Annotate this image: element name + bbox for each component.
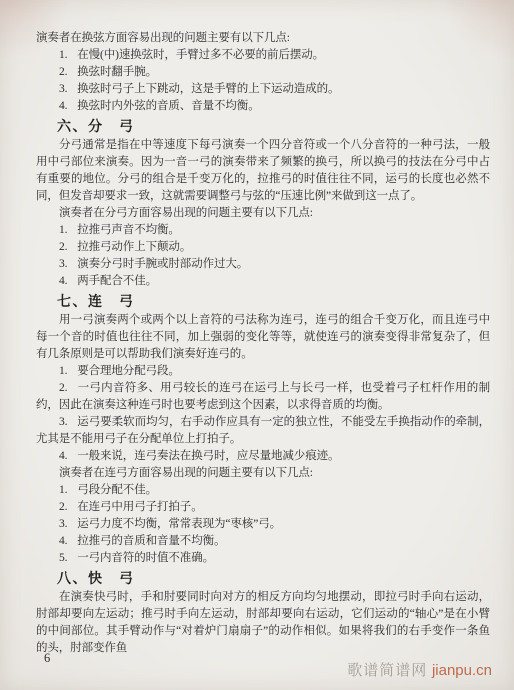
paragraph: 在演奏快弓时，手和肘要同时向对方的相反方向均匀地摆动，即拉弓时手向右运动，肘部却… (36, 589, 490, 657)
list-item-text: 运弓要柔软而均匀，右手动作应具有一定的独立性，不能受左手换指动作的牵制，尤其是不… (36, 416, 490, 445)
list-item: 3.运弓力度不均衡，常常表现为“枣核”弓。 (36, 516, 490, 533)
list-item-text: 两手配合不佳。 (77, 275, 157, 287)
list-item: 4.两手配合不佳。 (36, 273, 490, 290)
list-item-text: 一弓内音符多、用弓较长的连弓在运弓上与长弓一样，也受着弓子杠杆作用的制约，因此在… (36, 382, 490, 411)
section-heading-lian-gong: 七、连 弓 (57, 294, 490, 311)
list-item-text: 换弦时弓子上下跳动，这是手臂的上下运动造成的。 (77, 83, 339, 95)
list-item-number: 2. (59, 382, 67, 394)
page-number: 6 (44, 651, 50, 666)
watermark-site-url: jianpu.cn (432, 662, 492, 679)
list-item-number: 2. (59, 66, 67, 78)
list-item-number: 4. (59, 100, 67, 112)
section-heading-fen-gong: 六、分 弓 (57, 119, 490, 136)
list-item-text: 一般来说，连弓奏法在换弓时，应尽量地减少痕迹。 (77, 450, 339, 462)
list-item-number: 1. (59, 365, 67, 377)
list-item-text: 换弦时翻手腕。 (77, 66, 157, 78)
list-item-text: 换弦时内外弦的音质、音量不均衡。 (77, 100, 259, 112)
list-item-text: 拉推弓动作上下颠动。 (77, 241, 191, 253)
list-item: 1.弓段分配不佳。 (36, 482, 490, 499)
list-item: 2.换弦时翻手腕。 (36, 64, 490, 81)
list-item-number: 2. (59, 501, 67, 513)
list-item-number: 4. (59, 535, 67, 547)
list-item-text: 在连弓中用弓子打拍子。 (77, 501, 202, 513)
list-item: 4.拉推弓的音质和音量不均衡。 (36, 533, 490, 550)
list-item: 1.在慢(中)速换弦时，手臂过多不必要的前后摆动。 (36, 47, 490, 64)
watermark-site-name: 歌谱简谱网 (347, 663, 427, 679)
list-item: 3.运弓要柔软而均匀，右手动作应具有一定的独立性，不能受左手换指动作的牵制，尤其… (36, 414, 490, 448)
list-item-number: 3. (59, 518, 67, 530)
list-item: 3.演奏分弓时手腕或肘部动作过大。 (36, 256, 490, 273)
watermark: 歌谱简谱网 jianpu.cn (347, 659, 492, 680)
list-item-text: 要合理地分配弓段。 (77, 365, 180, 377)
list-item: 2.一弓内音符多、用弓较长的连弓在运弓上与长弓一样，也受着弓子杠杆作用的制约，因… (36, 380, 490, 414)
list-item-number: 3. (59, 416, 67, 428)
list-item-number: 3. (59, 83, 67, 95)
list-item-text: 拉推弓声音不均衡。 (77, 224, 180, 236)
list-item: 5.一弓内音符的时值不准确。 (36, 550, 490, 567)
list-item: 1.拉推弓声音不均衡。 (36, 222, 490, 239)
list-item: 4.换弦时内外弦的音质、音量不均衡。 (36, 98, 490, 115)
list-item: 3.换弦时弓子上下跳动，这是手臂的上下运动造成的。 (36, 81, 490, 98)
list-item-number: 4. (59, 275, 67, 287)
list-item-number: 5. (59, 552, 67, 564)
problems-lead: 演奏者在连弓方面容易出现的问题主要有以下几点: (36, 465, 490, 482)
list-item-number: 4. (59, 450, 67, 462)
problems-lead: 演奏者在换弦方面容易出现的问题主要有以下几点: (36, 30, 490, 47)
list-item-text: 一弓内音符的时值不准确。 (77, 552, 214, 564)
list-item: 2.拉推弓动作上下颠动。 (36, 239, 490, 256)
list-item-number: 3. (59, 258, 67, 270)
list-item-text: 弓段分配不佳。 (77, 484, 157, 496)
paragraph: 分弓通常是指在中等速度下每弓演奏一个四分音符或一个八分音符的一种弓法，一般用中弓… (36, 137, 490, 205)
list-item: 1.要合理地分配弓段。 (36, 363, 490, 380)
list-item: 2.在连弓中用弓子打拍子。 (36, 499, 490, 516)
list-item-number: 2. (59, 241, 67, 253)
list-item: 4.一般来说，连弓奏法在换弓时，应尽量地减少痕迹。 (36, 448, 490, 465)
section-heading-kuai-gong: 八、快 弓 (57, 571, 490, 588)
paragraph: 用一弓演奏两个或两个以上音符的弓法称为连弓，连弓的组合千变万化，而且连弓中每一个… (36, 312, 490, 363)
list-item-number: 1. (59, 224, 67, 236)
problems-lead: 演奏者在分弓方面容易出现的问题主要有以下几点: (36, 205, 490, 222)
book-page: 演奏者在换弦方面容易出现的问题主要有以下几点: 1.在慢(中)速换弦时，手臂过多… (0, 0, 514, 690)
list-item-text: 演奏分弓时手腕或肘部动作过大。 (77, 258, 248, 270)
list-item-text: 在慢(中)速换弦时，手臂过多不必要的前后摆动。 (77, 49, 324, 61)
list-item-number: 1. (59, 49, 67, 61)
list-item-text: 拉推弓的音质和音量不均衡。 (77, 535, 225, 547)
list-item-text: 运弓力度不均衡，常常表现为“枣核”弓。 (77, 518, 281, 530)
list-item-number: 1. (59, 484, 67, 496)
